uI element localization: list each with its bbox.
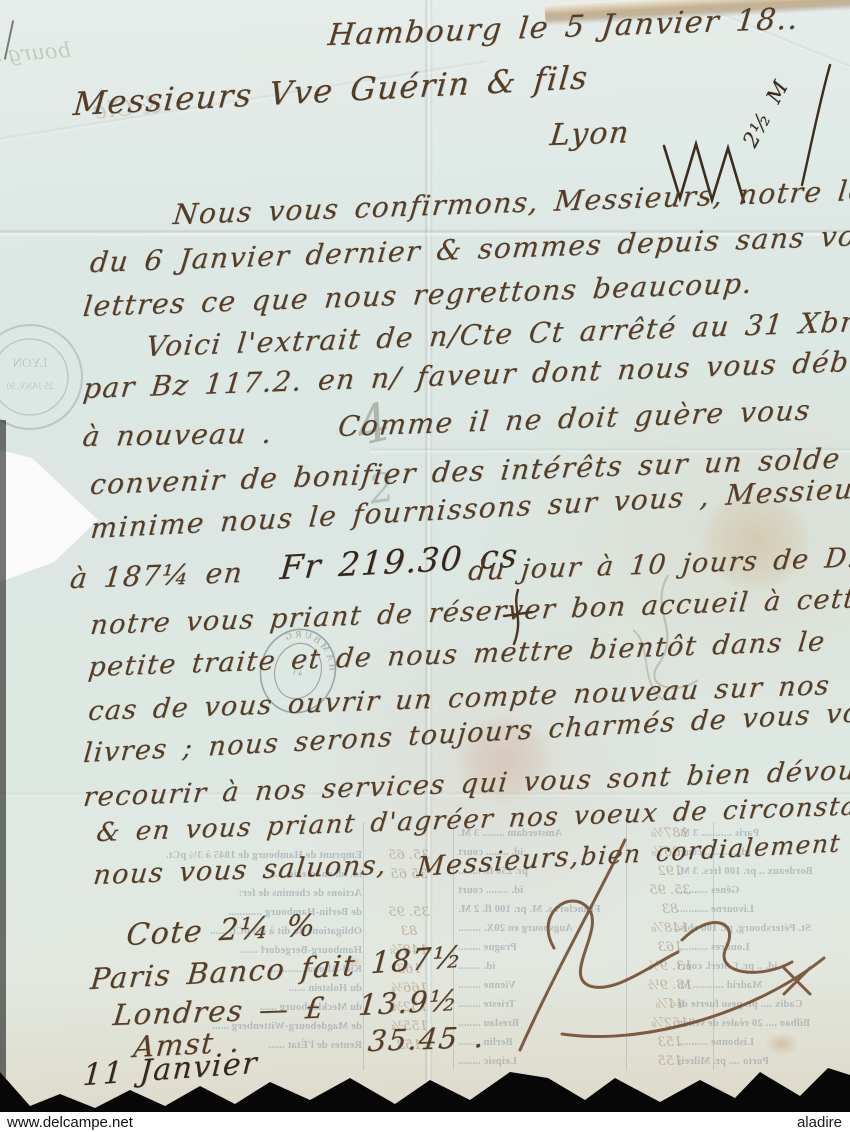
body-line: bien cordialement .	[579, 827, 850, 871]
paris-rate-label: Paris Banco fait	[89, 948, 358, 996]
dateline: Hambourg le 5 Janvier 18..	[326, 2, 801, 54]
corner-pen-mark	[4, 20, 14, 60]
seller-watermark: aladire	[797, 1114, 842, 1131]
londres-rate-value: 13.9½	[357, 983, 460, 1022]
body-line: Comme il ne doit guère vous	[337, 393, 813, 443]
received-date-note: 11 Janvier	[82, 1046, 260, 1094]
scanned-letter-photo: bourg 5 Décembre 1849 & Cie Emprunt de H…	[0, 0, 850, 1132]
recipient-line: Messieurs Vve Guérin & fils	[72, 58, 590, 123]
lyon-postmark: LYON 25 JANV. 50	[0, 315, 90, 440]
body-line: du jour à 10 jours de D. d/le	[467, 540, 850, 587]
body-line: à 187¼ en	[69, 556, 246, 595]
paris-rate-value: 187½	[370, 940, 465, 982]
docket-note: 2½ M	[738, 76, 793, 152]
delcampe-watermark: www.delcampe.net	[7, 1114, 133, 1131]
body-line: nous vous saluons,	[92, 850, 389, 891]
svg-text:25 JANV. 50: 25 JANV. 50	[6, 381, 53, 391]
bleedthrough-dateline: bourg 5 Décembre 1849	[0, 38, 72, 80]
scan-edge-shadow	[0, 420, 6, 1112]
foxing-spot	[760, 1028, 804, 1060]
body-line: à nouveau .	[81, 417, 275, 453]
city-line: Lyon	[548, 115, 631, 153]
body-line: Messieurs,	[416, 841, 581, 884]
cote-line: Cote 2¼ %	[125, 908, 318, 953]
letter-paper: bourg 5 Décembre 1849 & Cie Emprunt de H…	[0, 0, 850, 1132]
svg-text:LYON: LYON	[12, 355, 47, 370]
amsterdam-rate-value: 35.45 .	[366, 1020, 486, 1058]
docket-stroke	[780, 60, 840, 190]
